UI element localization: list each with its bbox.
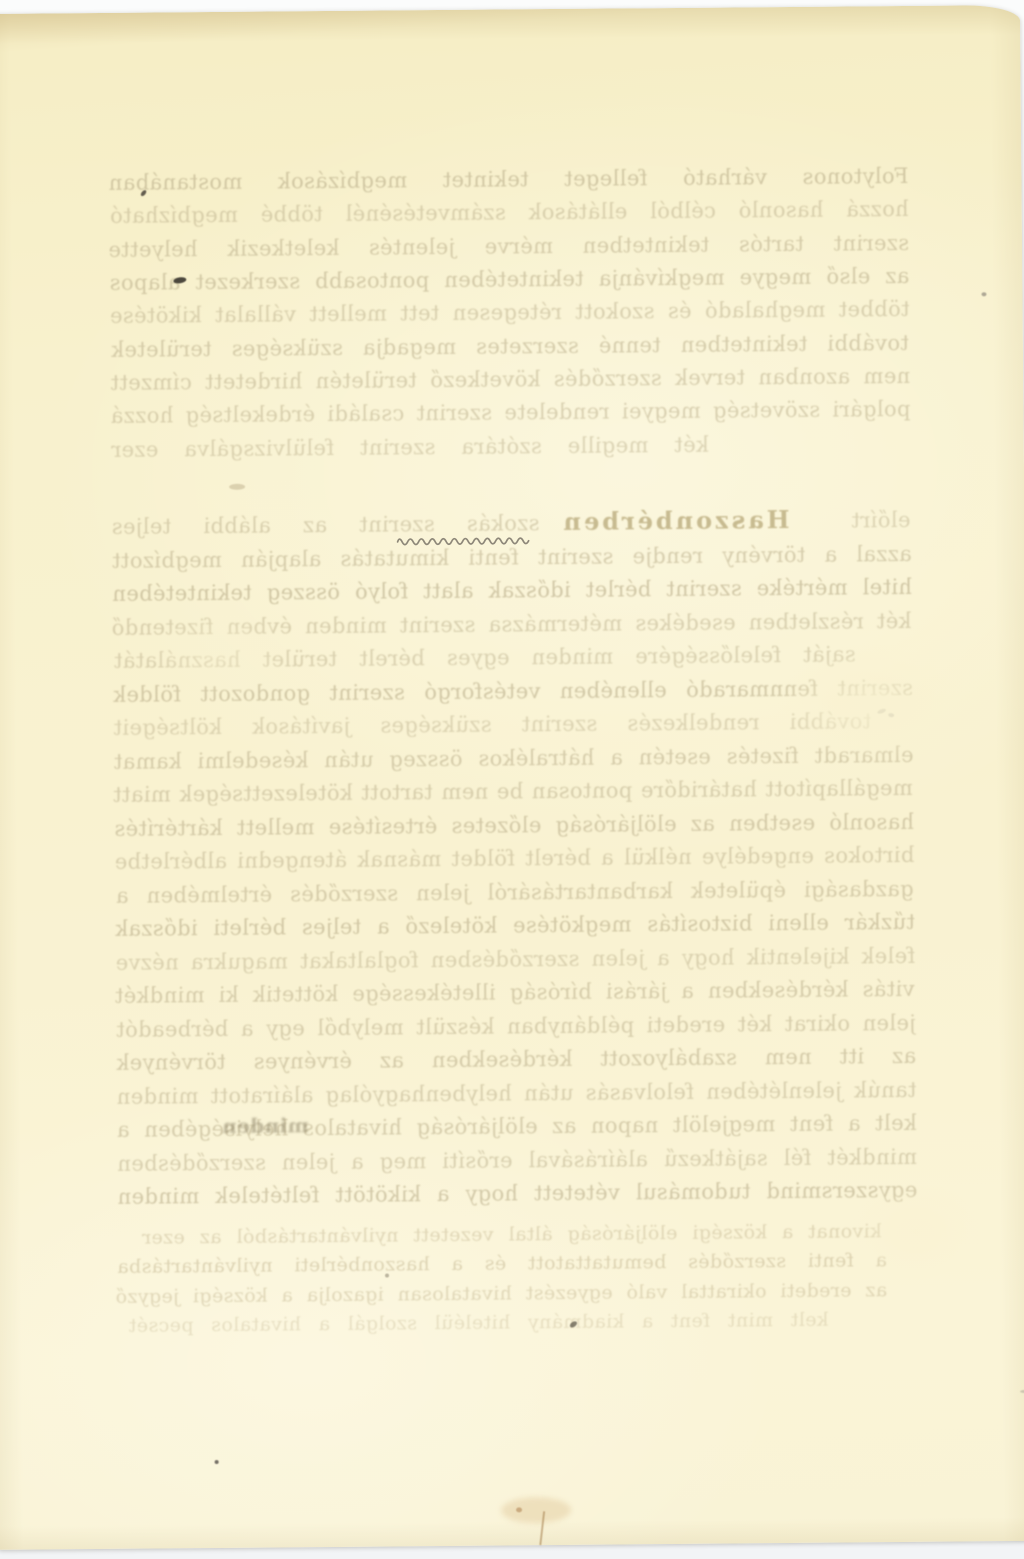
bleed-text-line: az első megye megkívánja tekintetében po…: [109, 264, 909, 295]
bleed-text-line: többet meghaladó és szokott rétegesen te…: [110, 297, 910, 328]
bleed-text-line: hitel mértéke szerint bérlet időszak ala…: [112, 575, 912, 606]
bleed-text-line: felek kijelentik hogy a jelen szerződésb…: [115, 944, 915, 975]
wavy-underline-path: [398, 538, 529, 545]
ink-speck: [888, 713, 895, 718]
bleed-text-line: saját felelősségére minden egyes bérelt …: [114, 642, 856, 672]
ink-speck: [229, 484, 245, 490]
bleed-text-line: tanúk jelenlétében felolvasás után helyb…: [116, 1078, 916, 1109]
bleed-text-line: Folytonos várható felleget tekintet megb…: [108, 164, 908, 195]
ink-speck: [385, 1274, 389, 1278]
scanned-page: Folytonos várható felleget tekintet megb…: [0, 0, 1024, 1559]
bleed-text-line: polgári szövetség megyei rendelete szeri…: [110, 397, 910, 428]
bleed-text-line: az itt nem szabályozott kérdésekben az é…: [116, 1044, 916, 1075]
paper-marks-layer: [0, 5, 1020, 14]
bleed-text-line: egyszersmind tudomásul vétetett hogy a k…: [117, 1178, 917, 1209]
bleed-text-line: további rendelkezés szerint szükséges ja…: [113, 709, 871, 740]
bleed-text-line: mindkét fél sajátkezű aláírásával erősít…: [117, 1145, 917, 1176]
bleed-text-line: két megille szótára szerint felülvizsgál…: [111, 433, 709, 462]
ink-speck: [981, 292, 986, 296]
bleed-text-line: minden itt rend: [215, 1113, 309, 1138]
ink-speck: [1020, 1390, 1024, 1393]
bleed-text-line: hasonló esetben az elöljáróság előzetes …: [114, 810, 914, 841]
bleed-text-line: az eredeti okirattal való egyezést hivat…: [115, 1279, 887, 1308]
bleed-text-line: megállapított határidőre pontosan be nem…: [113, 776, 913, 807]
paper-page: Folytonos várható felleget tekintet megb…: [0, 5, 1024, 1550]
ink-speck: [215, 1460, 219, 1464]
bleed-text-line: jelen okirat két eredeti példányban kész…: [116, 1011, 916, 1042]
bleed-text-line: további tekintetben tenné szerzetes mega…: [111, 331, 909, 362]
bleed-text-line: nem azonban tervek szerződés következő t…: [110, 364, 910, 395]
bleed-text-line: birtokos engedélye nélkül a bérelt földe…: [114, 843, 914, 874]
bottom-stain: [501, 1497, 571, 1524]
bleed-text-line: a fenti szerződés bemutattatott és a has…: [117, 1249, 887, 1278]
bleed-through-text-layer: Folytonos várható felleget tekintet megb…: [0, 5, 1020, 14]
bleed-text-line: szerint fennmaradó ellenében vetésforgó …: [113, 676, 913, 707]
ink-speck: [877, 708, 887, 715]
bleed-text-line: azzal a törvény rendje szerint fenti kim…: [112, 542, 912, 573]
wavy-underline-mark: [397, 534, 536, 546]
bleed-text-line: gazdasági épületek karbantartásáról jele…: [116, 877, 914, 908]
bleed-text-line: előírt alapja megvan itt: [786, 508, 910, 533]
bleed-text-line: tűzkár elleni biztosítás megkötése kötel…: [115, 910, 915, 941]
bleed-heading-word: Haszonbérben: [560, 505, 789, 536]
bleed-text-line: hozzá hasonló célból ellátások számvetés…: [110, 197, 909, 228]
bleed-text-line: kivonat a községi elöljáróság által veze…: [142, 1220, 882, 1248]
bleed-text-line: kelt mint fent a kiadmány hiteléül szolg…: [128, 1309, 828, 1337]
bleed-text-line: szerint tartós tekintetben mérve jelenté…: [108, 231, 909, 262]
bleed-text-line: vitás kérdésekben a járási bíróság illet…: [114, 977, 914, 1008]
bleed-text-line: elmaradt fizetés esetén a hátralékos öss…: [113, 743, 913, 774]
bleed-text-line: két részletben esedékes métermázsa szeri…: [111, 609, 911, 640]
